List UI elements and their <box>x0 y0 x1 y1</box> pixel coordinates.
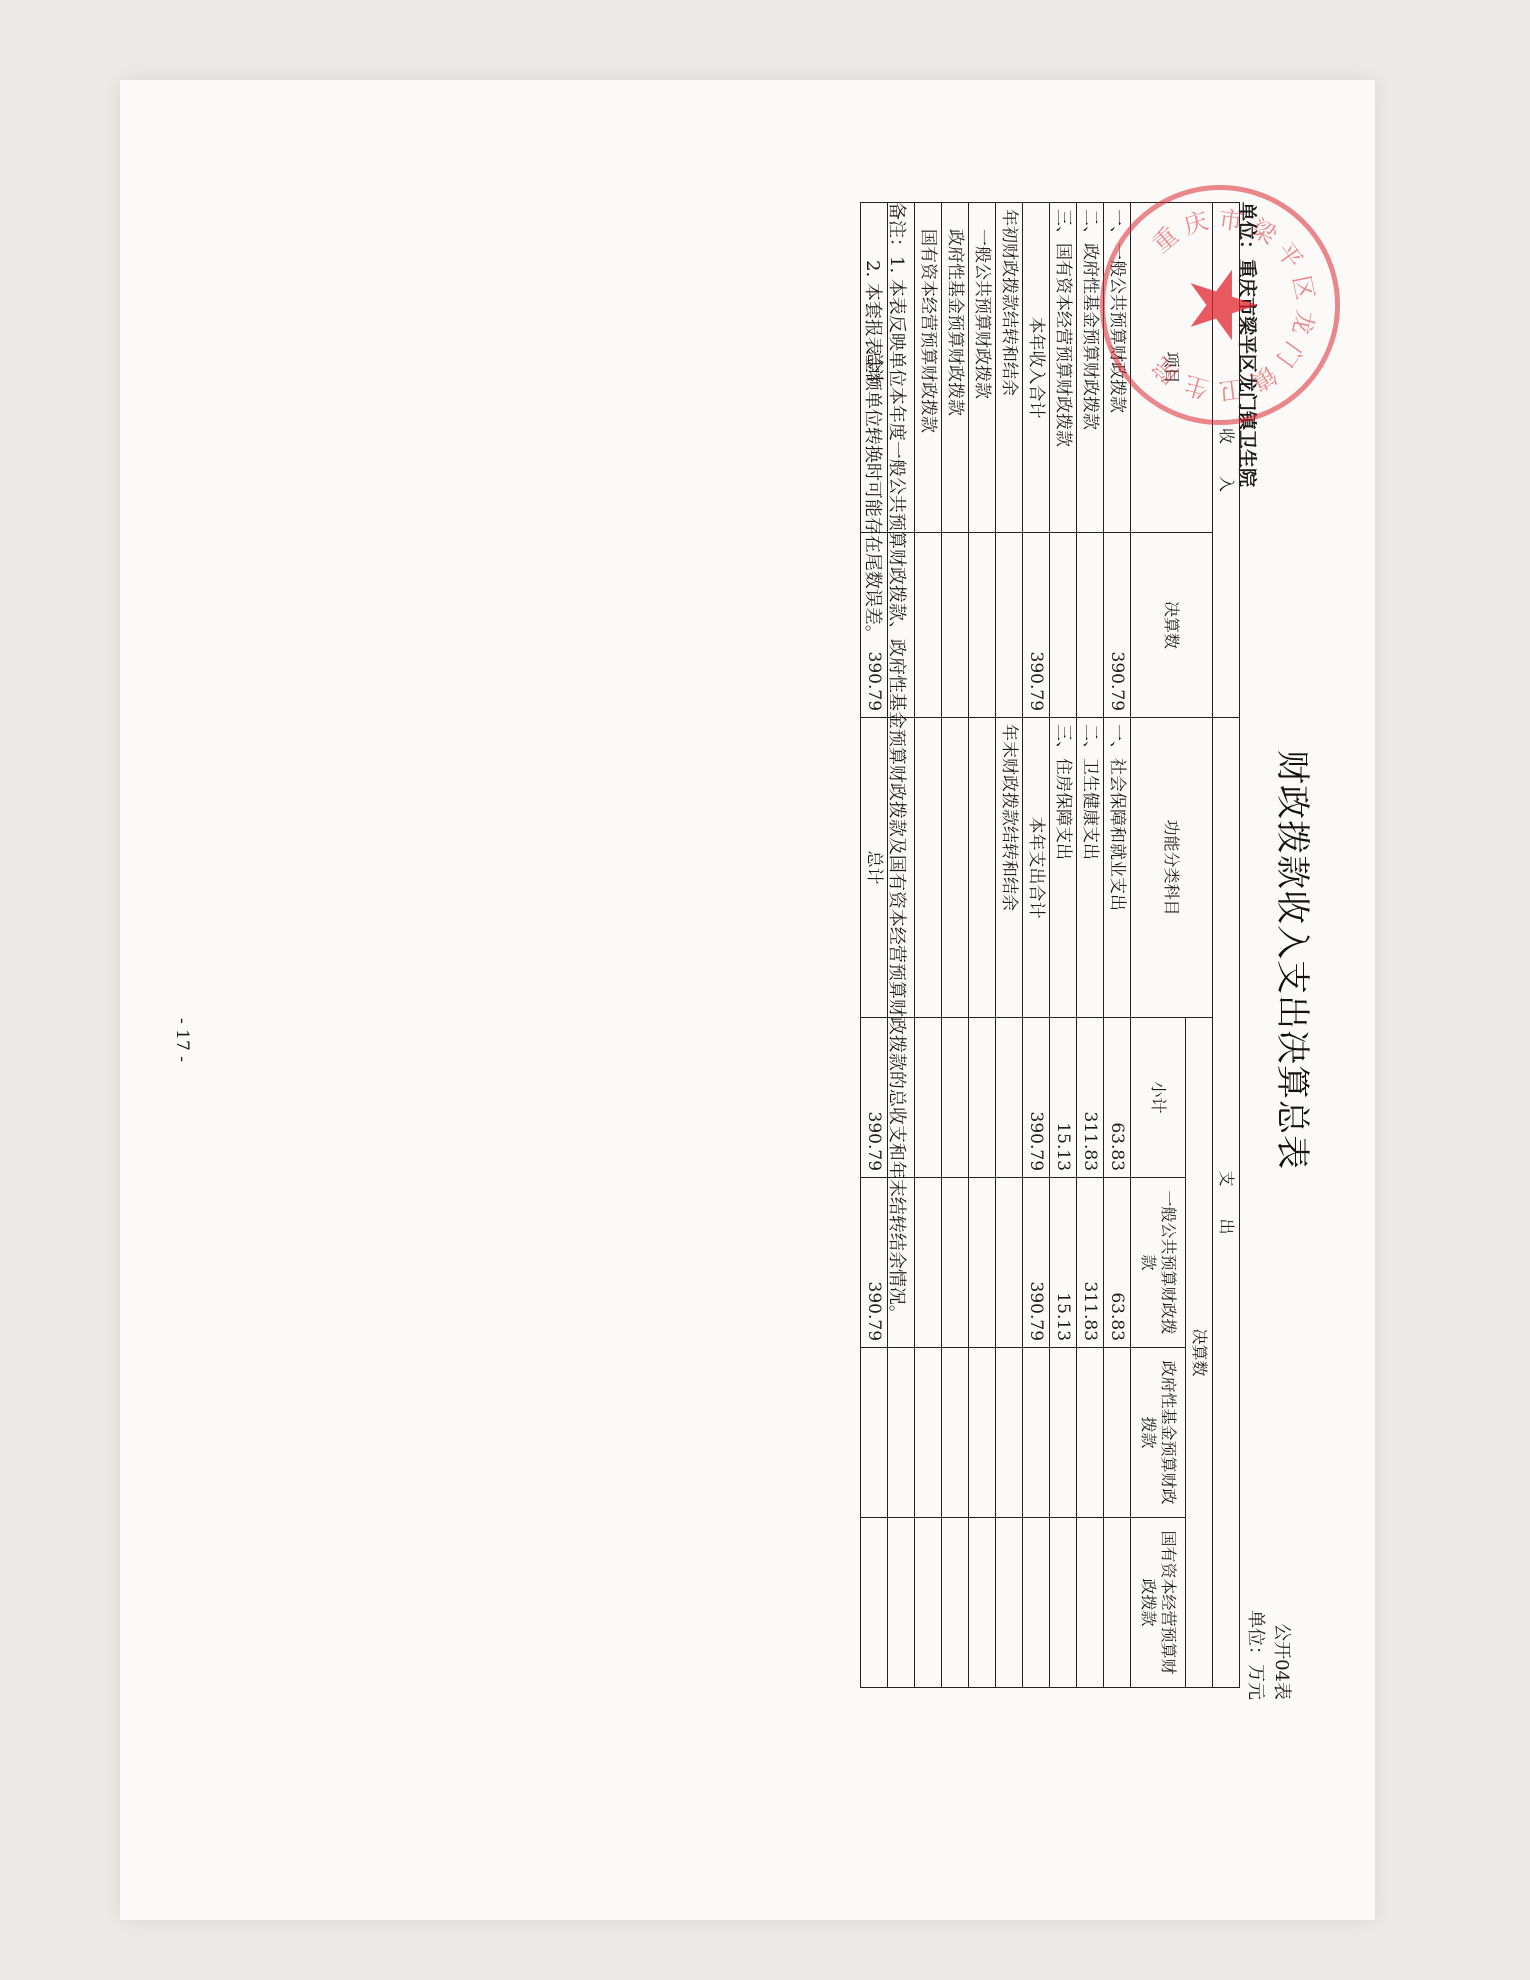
gov-fund-header: 政府性基金预算财政拨款 <box>1131 1348 1186 1518</box>
general-public-header: 一般公共预算财政拨款 <box>1131 1178 1186 1348</box>
expenditure-header: 支 出 <box>1213 718 1240 1688</box>
state-capital-amount <box>942 1518 969 1688</box>
subtotal-amount <box>996 1018 1023 1178</box>
income-item: 一、一般公共预算财政拨款 <box>1104 203 1131 533</box>
general-public-amount: 390.79 <box>1023 1178 1050 1348</box>
subtotal-amount: 63.83 <box>1104 1018 1131 1178</box>
expenditure-item: 一、社会保障和就业支出 <box>1104 718 1131 1018</box>
table-row: 一般公共预算财政拨款 <box>969 203 996 1688</box>
expenditure-item <box>942 718 969 1018</box>
income-amount <box>942 533 969 718</box>
income-item: 政府性基金预算财政拨款 <box>942 203 969 533</box>
gov-fund-amount <box>1050 1348 1077 1518</box>
budget-table: 收 入 支 出 项目 决算数 功能分类科目 决算数 小计 一般公共预算财政拨款 … <box>860 202 1240 1688</box>
income-amount <box>915 533 942 718</box>
gov-fund-amount <box>996 1348 1023 1518</box>
subtotal-amount <box>915 1018 942 1178</box>
income-item: 二、政府性基金预算财政拨款 <box>1077 203 1104 533</box>
subtotal-amount: 390.79 <box>1023 1018 1050 1178</box>
income-amount <box>1077 533 1104 718</box>
state-capital-amount <box>1050 1518 1077 1688</box>
state-capital-amount <box>1077 1518 1104 1688</box>
income-amount <box>996 533 1023 718</box>
general-public-amount <box>969 1178 996 1348</box>
state-capital-amount <box>969 1518 996 1688</box>
income-amount <box>1050 533 1077 718</box>
form-number: 公开04表 <box>1268 1610 1294 1700</box>
gov-fund-amount <box>969 1348 996 1518</box>
notes: 备注：1. 本表反映单位本年度一般公共预算财政拨款、政府性基金预算财政拨款及国有… <box>860 202 908 1323</box>
income-amount <box>969 533 996 718</box>
form-info: 公开04表 单位：万元 <box>1242 1610 1294 1700</box>
income-amount: 390.79 <box>1104 533 1131 718</box>
expenditure-item: 年末财政拨款结转和结余 <box>996 718 1023 1018</box>
note-1: 备注：1. 本表反映单位本年度一般公共预算财政拨款、政府性基金预算财政拨款及国有… <box>884 202 908 1323</box>
gov-fund-amount <box>915 1348 942 1518</box>
general-public-amount: 63.83 <box>1104 1178 1131 1348</box>
rotated-document: 财政拨款收入支出决算总表 公开04表 单位：万元 单位：重庆市梁平区龙门镇卫生院… <box>850 180 1320 1740</box>
item-header: 项目 <box>1131 203 1213 533</box>
amount-unit: 单位：万元 <box>1242 1610 1268 1700</box>
income-item: 年初财政拨款结转和结余 <box>996 203 1023 533</box>
expenditure-item: 本年支出合计 <box>1023 718 1050 1018</box>
table-row: 政府性基金预算财政拨款 <box>942 203 969 1688</box>
note-2: 2. 本套报表金额单位转换时可能存在尾数误差。 <box>860 202 884 1323</box>
income-amount: 390.79 <box>1023 533 1050 718</box>
gov-fund-amount <box>1023 1348 1050 1518</box>
subtotal-header: 小计 <box>1131 1018 1186 1178</box>
final-amount-header: 决算数 <box>1186 1018 1213 1688</box>
expenditure-item <box>969 718 996 1018</box>
income-item: 一般公共预算财政拨款 <box>969 203 996 533</box>
table-row: 一、一般公共预算财政拨款390.79一、社会保障和就业支出63.8363.83 <box>1104 203 1131 1688</box>
table-row: 本年收入合计390.79本年支出合计390.79390.79 <box>1023 203 1050 1688</box>
expenditure-item: 二、卫生健康支出 <box>1077 718 1104 1018</box>
general-public-amount <box>996 1178 1023 1348</box>
table-row: 二、政府性基金预算财政拨款二、卫生健康支出311.83311.83 <box>1077 203 1104 1688</box>
general-public-amount <box>915 1178 942 1348</box>
state-capital-header: 国有资本经营预算财政拨款 <box>1131 1518 1186 1688</box>
state-capital-amount <box>1023 1518 1050 1688</box>
state-capital-amount <box>888 1518 915 1688</box>
expenditure-item: 三、住房保障支出 <box>1050 718 1077 1018</box>
document-title: 财政拨款收入支出决算总表 <box>1271 180 1320 1740</box>
gov-fund-amount <box>888 1348 915 1518</box>
table-row: 年初财政拨款结转和结余年末财政拨款结转和结余 <box>996 203 1023 1688</box>
subtotal-amount <box>969 1018 996 1178</box>
general-public-amount <box>942 1178 969 1348</box>
state-capital-amount <box>861 1518 888 1688</box>
gov-fund-amount <box>861 1348 888 1518</box>
table-row: 国有资本经营预算财政拨款 <box>915 203 942 1688</box>
gov-fund-amount <box>1077 1348 1104 1518</box>
income-item: 国有资本经营预算财政拨款 <box>915 203 942 533</box>
income-item: 三、国有资本经营预算财政拨款 <box>1050 203 1077 533</box>
table-row: 三、国有资本经营预算财政拨款三、住房保障支出15.1315.13 <box>1050 203 1077 1688</box>
expenditure-item <box>915 718 942 1018</box>
state-capital-amount <box>996 1518 1023 1688</box>
function-subject-header: 功能分类科目 <box>1131 718 1213 1018</box>
income-header: 收 入 <box>1213 203 1240 718</box>
state-capital-amount <box>915 1518 942 1688</box>
income-item: 本年收入合计 <box>1023 203 1050 533</box>
income-amount-header: 决算数 <box>1131 533 1213 718</box>
page-number: - 17 - <box>172 1018 192 1062</box>
subtotal-amount <box>942 1018 969 1178</box>
state-capital-amount <box>1104 1518 1131 1688</box>
general-public-amount: 15.13 <box>1050 1178 1077 1348</box>
subtotal-amount: 15.13 <box>1050 1018 1077 1178</box>
general-public-amount: 311.83 <box>1077 1178 1104 1348</box>
gov-fund-amount <box>1104 1348 1131 1518</box>
gov-fund-amount <box>942 1348 969 1518</box>
subtotal-amount: 311.83 <box>1077 1018 1104 1178</box>
